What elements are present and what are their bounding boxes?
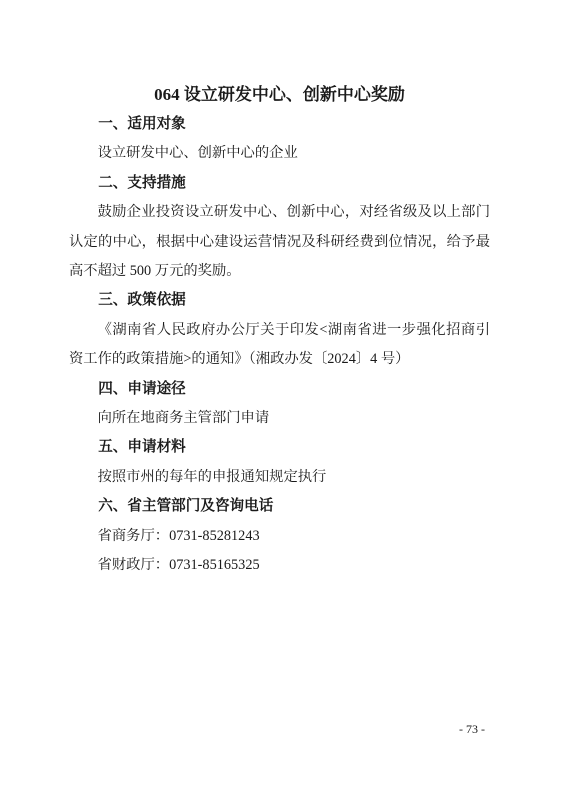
document-sections: 一、适用对象设立研发中心、创新中心的企业二、支持措施鼓励企业投资设立研发中心、创… bbox=[69, 110, 490, 581]
section-heading: 二、支持措施 bbox=[69, 169, 490, 198]
section-paragraph: 按照市州的每年的申报通知规定执行 bbox=[69, 463, 490, 492]
section-paragraph: 鼓励企业投资设立研发中心、创新中心，对经省级及以上部门认定的中心，根据中心建设运… bbox=[69, 198, 490, 286]
section-paragraph: 省商务厅：0731-85281243 bbox=[69, 522, 490, 551]
section-paragraph: 设立研发中心、创新中心的企业 bbox=[69, 139, 490, 168]
page-number: - 73 - bbox=[459, 722, 485, 736]
section-heading: 一、适用对象 bbox=[69, 110, 490, 139]
section-paragraph: 向所在地商务主管部门申请 bbox=[69, 404, 490, 433]
section-heading: 三、政策依据 bbox=[69, 286, 490, 315]
section-heading: 四、申请途径 bbox=[69, 375, 490, 404]
section-heading: 六、省主管部门及咨询电话 bbox=[69, 492, 490, 521]
document-content: 064 设立研发中心、创新中心奖励 一、适用对象设立研发中心、创新中心的企业二、… bbox=[69, 80, 490, 581]
section-paragraph: 《湖南省人民政府办公厅关于印发<湖南省进一步强化招商引资工作的政策措施>的通知》… bbox=[69, 316, 490, 375]
page-title: 064 设立研发中心、创新中心奖励 bbox=[69, 80, 490, 110]
section-heading: 五、申请材料 bbox=[69, 433, 490, 462]
document-page: 064 设立研发中心、创新中心奖励 一、适用对象设立研发中心、创新中心的企业二、… bbox=[0, 0, 561, 793]
section-paragraph: 省财政厅：0731-85165325 bbox=[69, 551, 490, 580]
